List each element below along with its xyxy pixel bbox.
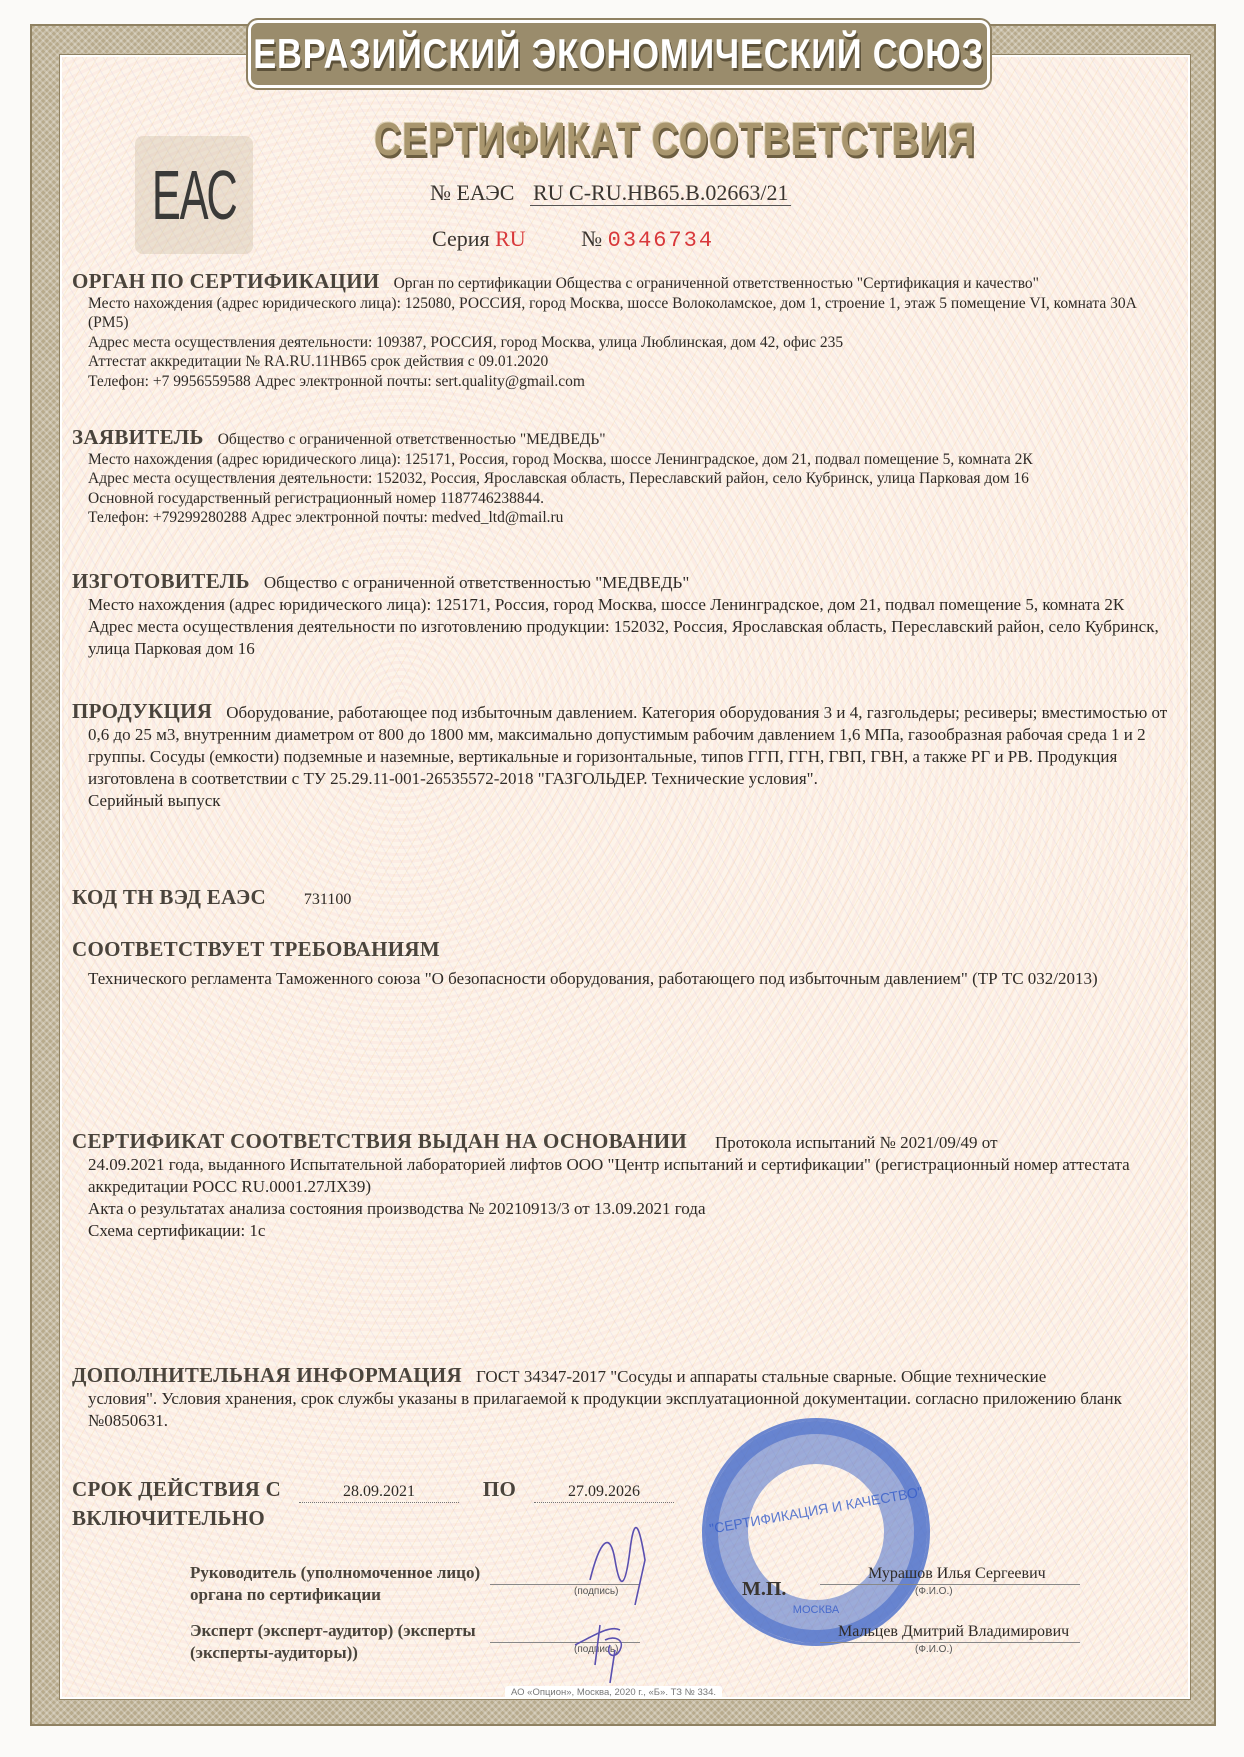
series-line: Серия RU № 0346734 [432,226,714,253]
union-banner: ЕВРАЗИЙСКИЙ ЭКОНОМИЧЕСКИЙ СОЮЗ [248,20,990,88]
manufacturer-section: ИЗГОТОВИТЕЛЬОбщество с ограниченной отве… [72,570,1172,660]
product-section: ПРОДУКЦИЯОборудование, работающее под из… [72,700,1172,812]
valid-to-date: 27.09.2026 [534,1482,674,1503]
requirements-section: СООТВЕТСТВУЕТ ТРЕБОВАНИЯМ Технического р… [72,938,1172,990]
expert-signature-icon [570,1605,650,1685]
tn-ved-section: КОД ТН ВЭД ЕАЭС 731100 [72,888,1172,910]
applicant-section: ЗАЯВИТЕЛЬОбщество с ограниченной ответст… [72,428,1172,528]
additional-info-section: ДОПОЛНИТЕЛЬНАЯ ИНФОРМАЦИЯГОСТ 34347-2017… [72,1364,1172,1432]
official-stamp-icon: "СЕРТИФИКАЦИЯ И КАЧЕСТВО" МОСКВА [702,1418,930,1646]
certificate-title: СЕРТИФИКАТ СООТВЕТСТВИЯ [374,112,866,166]
certificate-number-value: RU C-RU.HB65.B.02663/21 [530,180,791,206]
certification-body-section: ОРГАН ПО СЕРТИФИКАЦИИОрган по сертификац… [72,272,1172,391]
head-label: Руководитель (уполномоченное лицо) орган… [190,1562,490,1606]
head-signature-icon [580,1520,660,1610]
certificate-number: № ЕАЭС RU C-RU.HB65.B.02663/21 [430,180,791,206]
seal-label: М.П. [742,1578,786,1601]
expert-label: Эксперт (эксперт-аудитор) (эксперты (экс… [190,1620,490,1664]
expert-name: Мальцев Дмитрий Владимирович [838,1623,1069,1641]
printer-imprint: АО «Опцион», Москва, 2020 г., «Б». ТЗ № … [505,1686,722,1699]
blank-number: 0346734 [608,228,714,253]
head-name: Мурашов Илья Сергеевич [868,1565,1046,1583]
tn-ved-code: 731100 [304,891,351,908]
valid-from-date: 28.09.2021 [299,1482,459,1503]
series-value: RU [495,226,526,251]
union-title: ЕВРАЗИЙСКИЙ ЭКОНОМИЧЕСКИЙ СОЮЗ [254,30,985,78]
basis-section: СЕРТИФИКАТ СООТВЕТСТВИЯ ВЫДАН НА ОСНОВАН… [72,1130,1172,1242]
eac-logo-icon: ЕАС [135,136,253,254]
